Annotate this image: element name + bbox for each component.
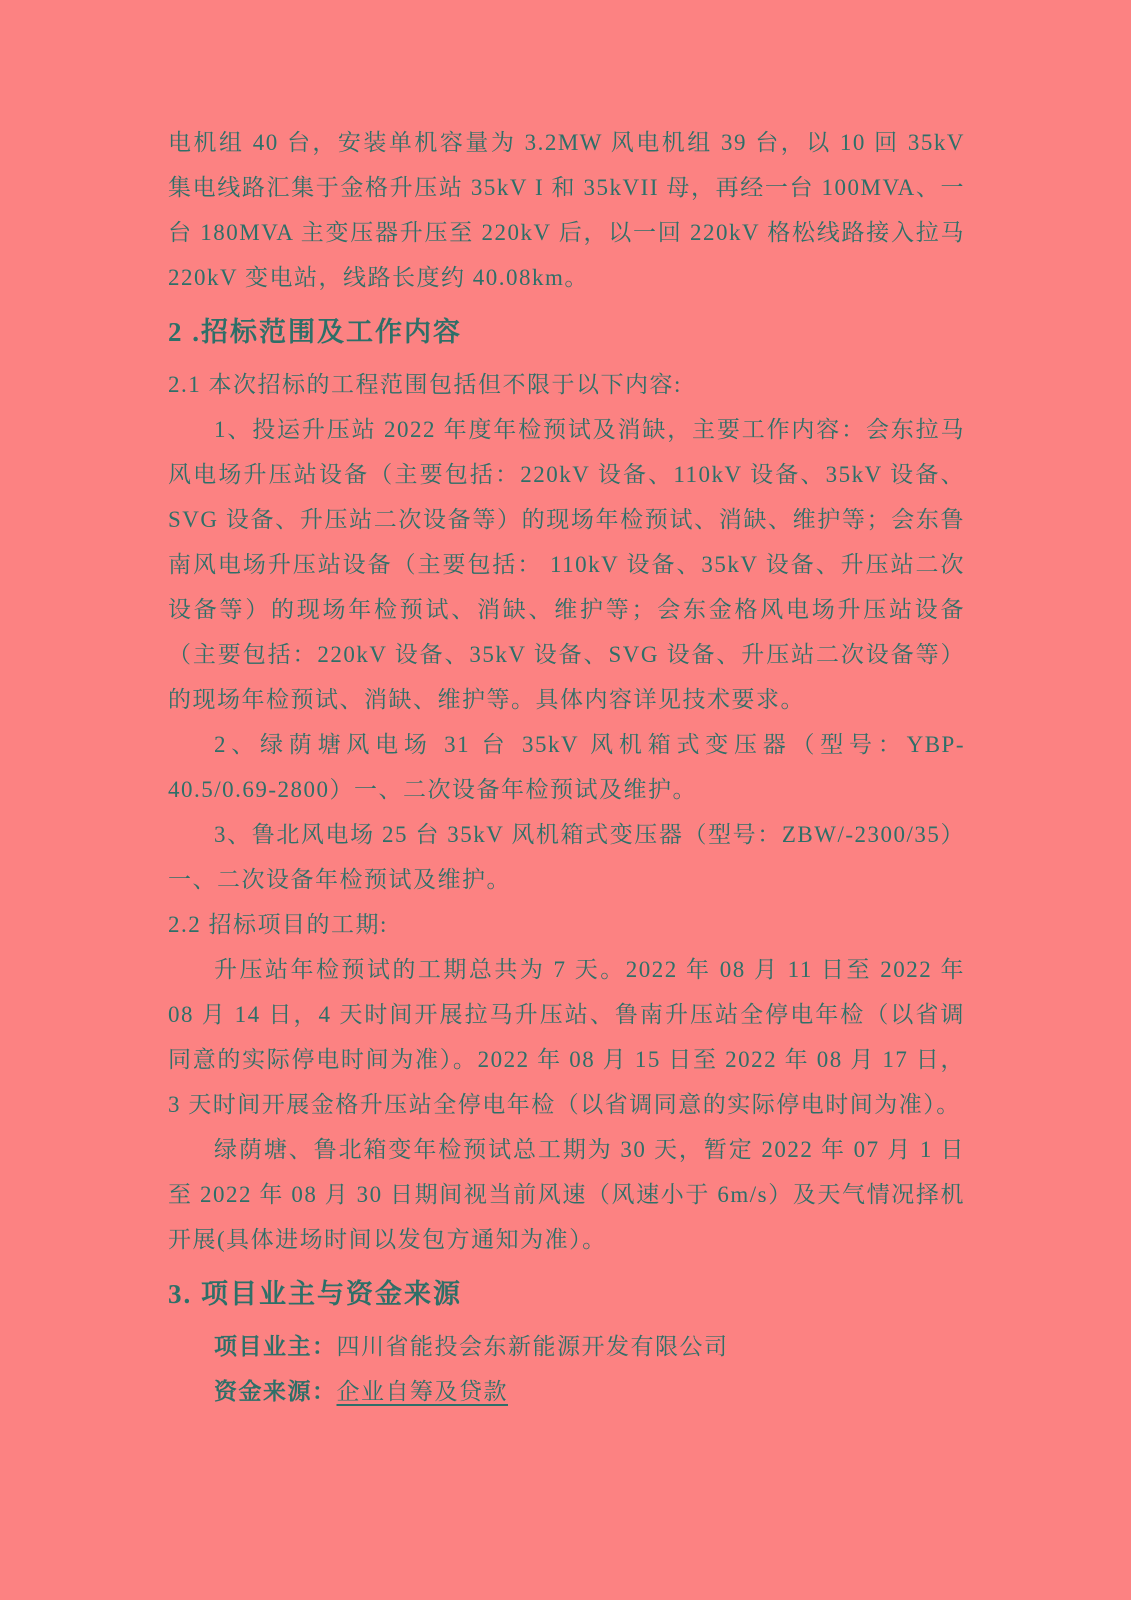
scope-item-1: 1、投运升压站 2022 年度年检预试及消缺，主要工作内容：会东拉马风电场升压站… — [168, 407, 965, 722]
clause-2-1: 2.1 本次招标的工程范围包括但不限于以下内容: — [168, 362, 965, 407]
project-owner-value: 四川省能投会东新能源开发有限公司 — [337, 1334, 729, 1359]
funding-source-value: 企业自筹及贷款 — [337, 1379, 509, 1404]
section-3-heading: 3. 项目业主与资金来源 — [168, 1268, 965, 1320]
scope-item-2: 2、绿荫塘风电场 31 台 35kV 风机箱式变压器（型号：YBP-40.5/0… — [168, 722, 965, 812]
scope-item-3: 3、鲁北风电场 25 台 35kV 风机箱式变压器（型号：ZBW/-2300/3… — [168, 812, 965, 902]
document-page: 电机组 40 台，安装单机容量为 3.2MW 风电机组 39 台，以 10 回 … — [0, 0, 1131, 1600]
paragraph-intro: 电机组 40 台，安装单机容量为 3.2MW 风电机组 39 台，以 10 回 … — [168, 120, 965, 300]
funding-source-label: 资金来源： — [214, 1379, 337, 1404]
section-2-heading: 2 .招标范围及工作内容 — [168, 306, 965, 358]
project-owner-line: 项目业主：四川省能投会东新能源开发有限公司 — [168, 1324, 965, 1369]
schedule-para-2: 绿荫塘、鲁北箱变年检预试总工期为 30 天，暂定 2022 年 07 月 1 日… — [168, 1127, 965, 1262]
clause-2-2: 2.2 招标项目的工期: — [168, 902, 965, 947]
project-owner-label: 项目业主： — [214, 1334, 337, 1359]
funding-source-line: 资金来源：企业自筹及贷款 — [168, 1369, 965, 1414]
schedule-para-1: 升压站年检预试的工期总共为 7 天。2022 年 08 月 11 日至 2022… — [168, 947, 965, 1127]
